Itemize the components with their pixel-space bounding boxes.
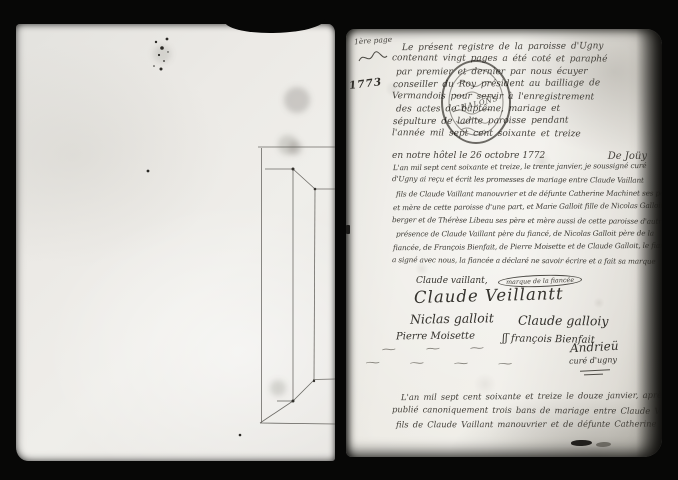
manuscript-line: d'Ugny ai reçu et écrit les promesses de… xyxy=(392,173,662,188)
ink-blotch xyxy=(153,45,310,396)
page-edge-shadow xyxy=(636,29,662,457)
pen-squiggle-row: ∼∼∼ xyxy=(380,341,513,355)
manuscript-line: publié canoniquement trois bans de maria… xyxy=(392,402,650,418)
left-page xyxy=(16,24,335,461)
banns-paragraph: L'an mil sept cent soixante et treize le… xyxy=(392,389,650,431)
priest-title: curé d'ugny xyxy=(569,355,617,366)
signature-claude-veillantt: Claude Veillantt xyxy=(414,284,564,307)
gutter-ink-tick xyxy=(346,225,350,234)
paraph-flourish xyxy=(358,51,388,65)
ink-smudge xyxy=(596,442,611,448)
page-number-note: 1ère page xyxy=(354,35,393,47)
manuscript-line: l'année mil sept cent soixante et treize xyxy=(392,127,652,141)
register-opening-paragraph: Le présent registre de la paroisse d'Ugn… xyxy=(392,41,652,140)
signature-underline xyxy=(580,369,610,372)
sketch-vertex-dot xyxy=(292,168,317,403)
marriage-promise-paragraph: L'an mil sept cent soixante et treize, l… xyxy=(392,160,662,267)
signature-pierre-moisette: Pierre Moisette xyxy=(396,331,475,343)
margin-year-note: 1773 xyxy=(348,76,382,92)
generalite-tax-stamp: CHALONS xyxy=(439,58,513,146)
stamp-text: CHALONS xyxy=(454,95,499,114)
signature-niclas-galloit: Niclas galloit xyxy=(410,310,494,326)
ink-smudge xyxy=(571,440,592,447)
right-page: 1ère page 1773 Le présent registre de la… xyxy=(346,29,662,457)
signature-claude-galloiy: Claude galloiy xyxy=(518,313,609,329)
groom-mark-name: Claude vaillant, xyxy=(416,276,488,286)
manuscript-line: berger et de Thérèse Libeau ses père et … xyxy=(392,213,662,228)
manuscript-line: contenant vingt pages a été coté et para… xyxy=(392,53,652,67)
perspective-frame-sketch xyxy=(16,24,335,461)
manuscript-line: fils de Claude Vaillant manouvrier et de… xyxy=(396,417,654,432)
pen-squiggle-row: ∼∼∼∼ xyxy=(364,357,541,370)
scanned-register-spread: 1ère page 1773 Le présent registre de la… xyxy=(0,0,678,480)
manuscript-line: a signé avec nous, la fiancée a déclaré … xyxy=(392,253,662,268)
sketch-lines xyxy=(258,147,335,424)
signature-priest-andrieu: Andrieü xyxy=(570,339,619,356)
ink-speck xyxy=(147,38,242,437)
signature-underline xyxy=(584,374,603,376)
